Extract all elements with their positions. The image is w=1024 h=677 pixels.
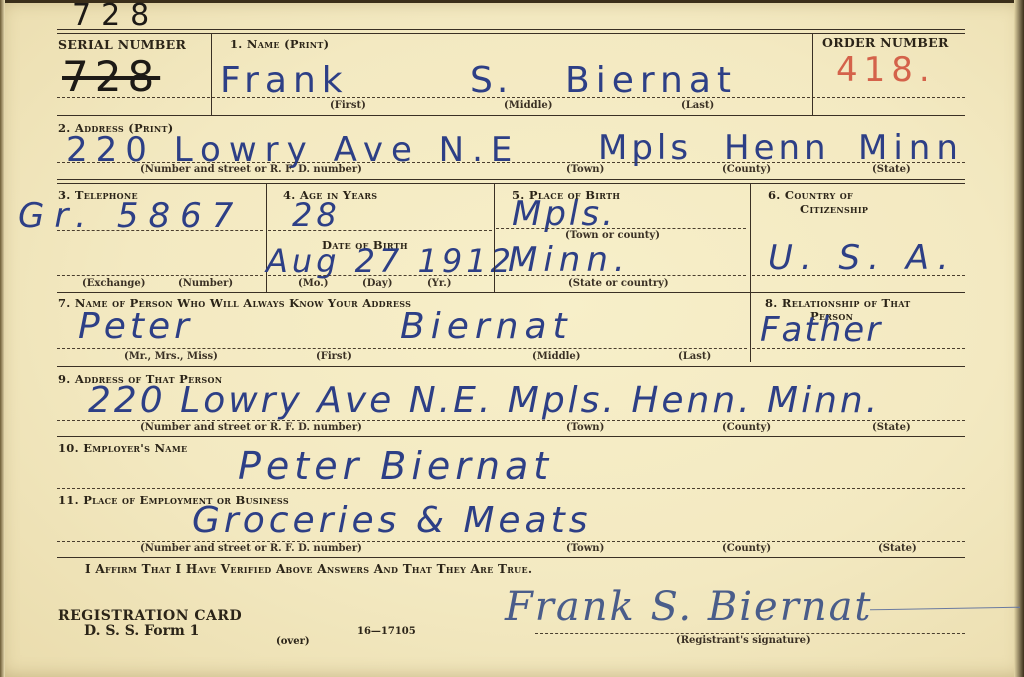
order-number-label: ORDER NUMBER <box>822 35 949 50</box>
serial-number-label: SERIAL NUMBER <box>58 37 186 52</box>
employment-place-dash-line <box>57 541 965 542</box>
row3-bottom-rule <box>57 292 965 293</box>
employment-state-caption: (State) <box>878 543 917 554</box>
over-note: (over) <box>276 636 310 647</box>
serial-divider <box>211 34 212 116</box>
name-last-value: Biernat <box>565 60 737 101</box>
signature-flourish <box>870 607 1020 611</box>
relationship-divider <box>750 292 751 362</box>
citizenship-label-line2: Citizenship <box>800 202 868 216</box>
contact-person-first-value: Peter <box>78 306 193 347</box>
contact-person-dash-line <box>57 348 747 349</box>
row2-bottom-rule <box>57 179 965 180</box>
name-first-value: Frank <box>220 60 349 101</box>
dob-day-caption: (Day) <box>362 278 392 289</box>
card-right-edge <box>1014 0 1024 677</box>
relationship-value: Father <box>760 310 882 350</box>
employment-county-caption: (County) <box>722 543 771 554</box>
serial-number-value: 728 <box>62 52 160 101</box>
dob-year-caption: (Yr.) <box>427 278 451 289</box>
row5-bottom-rule <box>57 436 965 437</box>
address-county-caption: (County) <box>722 164 771 175</box>
birthplace-state-value: Minn. <box>508 240 631 280</box>
citizenship-value: U. S. A. <box>768 238 956 278</box>
birthplace-dash-line-2 <box>496 275 746 276</box>
citizenship-divider <box>750 184 751 292</box>
name-dash-line <box>57 97 965 98</box>
telephone-number-caption: (Number) <box>178 278 233 289</box>
telephone-exchange-caption: (Exchange) <box>82 278 146 289</box>
address-state-caption: (State) <box>872 164 911 175</box>
employment-town-caption: (Town) <box>566 543 604 554</box>
top-rule <box>57 29 965 30</box>
name-middle-caption: (Middle) <box>504 100 552 111</box>
contact-address-value: 220 Lowry Ave N.E. Mpls. Henn. Minn. <box>88 380 880 421</box>
contact-person-last-value: Biernat <box>400 306 573 347</box>
employer-dash-line <box>57 488 965 489</box>
relationship-label-line1: 8. Relationship of That <box>765 296 911 310</box>
row4-bottom-rule <box>57 366 965 367</box>
row2-bottom-rule-2 <box>57 183 965 184</box>
order-number-value: 418. <box>836 50 936 90</box>
name-label: 1. Name (Print) <box>230 37 329 51</box>
contact-address-town-caption: (Town) <box>566 422 604 433</box>
birthplace-divider <box>494 184 495 292</box>
telephone-dash-line <box>57 230 263 231</box>
employment-place-value: Groceries & Meats <box>192 500 591 541</box>
citizenship-label-line1: 6. Country of <box>768 188 853 202</box>
relationship-dash-line <box>752 348 965 349</box>
registration-card: 728 SERIAL NUMBER 728 1. Name (Print) Fr… <box>0 0 1024 677</box>
birthplace-dash-line <box>496 228 746 229</box>
birthplace-state-caption: (State or country) <box>568 278 669 289</box>
contact-address-county-caption: (County) <box>722 422 771 433</box>
name-middle-value: S. <box>470 60 512 101</box>
employment-street-caption: (Number and street or R. F. D. number) <box>140 543 362 554</box>
form-name: REGISTRATION CARD <box>58 608 242 624</box>
address-town-caption: (Town) <box>566 164 604 175</box>
name-first-caption: (First) <box>330 100 366 111</box>
card-left-edge <box>0 0 5 677</box>
employer-label: 10. Employer's Name <box>58 441 187 455</box>
address-street-caption: (Number and street or R. F. D. number) <box>140 164 362 175</box>
contact-address-street-caption: (Number and street or R. F. D. number) <box>140 422 362 433</box>
contact-last-caption: (Last) <box>678 351 711 362</box>
telephone-dash-line-2 <box>57 275 263 276</box>
name-last-caption: (Last) <box>681 100 714 111</box>
age-dash-line <box>268 230 492 231</box>
registrant-signature-value: Frank S. Biernat <box>505 584 873 630</box>
employer-value: Peter Biernat <box>238 444 553 488</box>
signature-dash-line <box>535 633 965 634</box>
top-rule-2 <box>57 33 965 34</box>
affirmation-text: I Affirm That I Have Verified Above Answ… <box>85 562 532 576</box>
age-value: 28 <box>292 196 341 234</box>
form-number: D. S. S. Form 1 <box>84 623 199 639</box>
row7-bottom-rule <box>57 557 965 558</box>
contact-address-dash-line <box>57 420 965 421</box>
contact-first-caption: (First) <box>316 351 352 362</box>
contact-address-state-caption: (State) <box>872 422 911 433</box>
address-dash-line <box>57 162 965 163</box>
print-code: 16—17105 <box>357 626 416 637</box>
contact-middle-caption: (Middle) <box>532 351 580 362</box>
dob-month-caption: (Mo.) <box>298 278 329 289</box>
row1-bottom-rule <box>57 115 965 116</box>
dob-dash-line <box>268 275 492 276</box>
citizenship-dash-line <box>752 275 965 276</box>
order-divider <box>812 34 813 116</box>
contact-title-caption: (Mr., Mrs., Miss) <box>124 351 218 362</box>
signature-caption: (Registrant's signature) <box>676 635 811 646</box>
